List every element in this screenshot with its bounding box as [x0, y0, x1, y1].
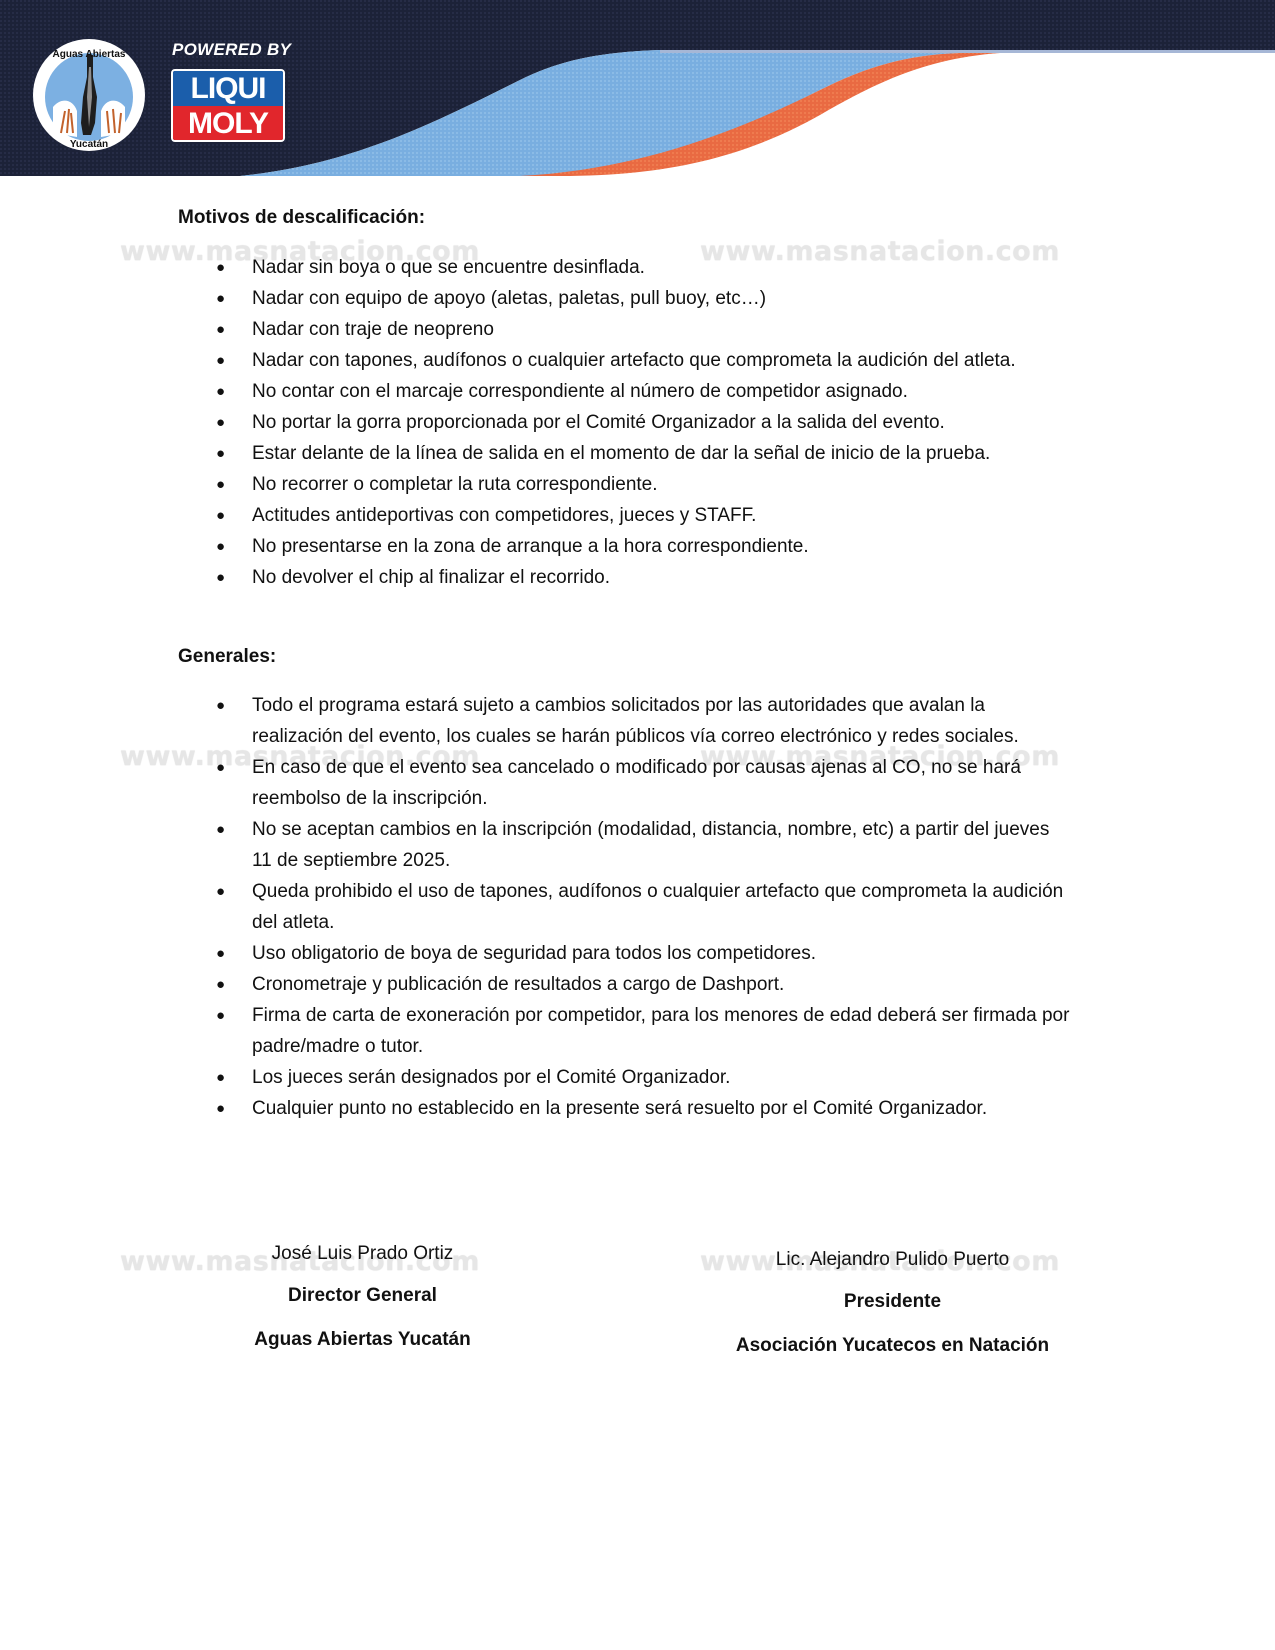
bullet-icon: ●	[216, 345, 225, 376]
bullet-icon: ●	[216, 283, 225, 314]
header-banner: Aguas Abiertas Yucatán POWERED BY LIQUI …	[0, 0, 1275, 180]
list-item: ●Actitudes antideportivas con competidor…	[0, 500, 1072, 531]
list-item: ●Nadar con tapones, audífonos o cualquie…	[0, 345, 1072, 376]
signatory-role: Presidente	[715, 1291, 1070, 1313]
bullet-icon: ●	[216, 252, 225, 283]
list-item: ●Nadar sin boya o que se encuentre desin…	[0, 252, 1072, 283]
list-item: ●Estar delante de la línea de salida en …	[0, 438, 1072, 469]
bullet-icon: ●	[216, 438, 225, 469]
list-item: ●No recorrer o completar la ruta corresp…	[0, 469, 1072, 500]
list-item: ●Todo el programa estará sujeto a cambio…	[0, 690, 1072, 752]
bullet-icon: ●	[216, 938, 225, 969]
list-item: ●Nadar con equipo de apoyo (aletas, pale…	[0, 283, 1072, 314]
list-item: ●No se aceptan cambios en la inscripción…	[0, 814, 1072, 876]
list-item: ●Cualquier punto no establecido en la pr…	[0, 1093, 1072, 1124]
list-item: ●No presentarse en la zona de arranque a…	[0, 531, 1072, 562]
list-item: ●Cronometraje y publicación de resultado…	[0, 969, 1072, 1000]
bullet-icon: ●	[216, 562, 225, 593]
list-item: ●Queda prohibido el uso de tapones, audí…	[0, 876, 1072, 938]
powered-by-label: POWERED BY	[172, 40, 291, 60]
svg-text:Aguas Abiertas: Aguas Abiertas	[53, 49, 126, 60]
signatory-organization: Aguas Abiertas Yucatán	[210, 1329, 515, 1351]
list-item: ●Uso obligatorio de boya de seguridad pa…	[0, 938, 1072, 969]
bullet-icon: ●	[216, 969, 225, 1000]
liqui-moly-logo-bottom: MOLY	[173, 106, 283, 141]
signatory-organization: Asociación Yucatecos en Natación	[715, 1335, 1070, 1357]
list-item: ●Firma de carta de exoneración por compe…	[0, 1000, 1072, 1062]
bullet-icon: ●	[216, 876, 225, 907]
signatory-name: José Luis Prado Ortiz	[210, 1243, 515, 1265]
list-item: ●No devolver el chip al finalizar el rec…	[0, 562, 1072, 593]
bullet-icon: ●	[216, 531, 225, 562]
disqualification-heading: Motivos de descalificación:	[178, 207, 425, 229]
bullet-icon: ●	[216, 814, 225, 845]
svg-text:Yucatán: Yucatán	[70, 139, 108, 150]
signature-block-director: José Luis Prado Ortiz Director General A…	[210, 1243, 515, 1351]
bullet-icon: ●	[216, 314, 225, 345]
signature-block-president: Lic. Alejandro Pulido Puerto Presidente …	[715, 1249, 1070, 1357]
swimmer-logo-icon: Aguas Abiertas Yucatán	[31, 37, 147, 153]
list-item: ●No portar la gorra proporcionada por el…	[0, 407, 1072, 438]
bullet-icon: ●	[216, 752, 225, 783]
bullet-icon: ●	[216, 1062, 225, 1093]
list-item: ●No contar con el marcaje correspondient…	[0, 376, 1072, 407]
club-logo: Aguas Abiertas Yucatán	[31, 37, 147, 153]
bullet-icon: ●	[216, 376, 225, 407]
signatory-role: Director General	[210, 1285, 515, 1307]
list-item: ●Los jueces serán designados por el Comi…	[0, 1062, 1072, 1093]
bullet-icon: ●	[216, 500, 225, 531]
disqualification-list: ●Nadar sin boya o que se encuentre desin…	[0, 252, 1275, 593]
list-item: ●En caso de que el evento sea cancelado …	[0, 752, 1072, 814]
liqui-moly-logo-top: LIQUI	[173, 71, 283, 106]
signatory-name: Lic. Alejandro Pulido Puerto	[715, 1249, 1070, 1271]
general-list: ●Todo el programa estará sujeto a cambio…	[0, 690, 1275, 1124]
list-item: ●Nadar con traje de neopreno	[0, 314, 1072, 345]
bullet-icon: ●	[216, 1000, 225, 1031]
bullet-icon: ●	[216, 1093, 225, 1124]
general-heading: Generales:	[178, 646, 276, 668]
bullet-icon: ●	[216, 407, 225, 438]
bullet-icon: ●	[216, 690, 225, 721]
bullet-icon: ●	[216, 469, 225, 500]
liqui-moly-logo: LIQUI MOLY	[171, 69, 285, 142]
